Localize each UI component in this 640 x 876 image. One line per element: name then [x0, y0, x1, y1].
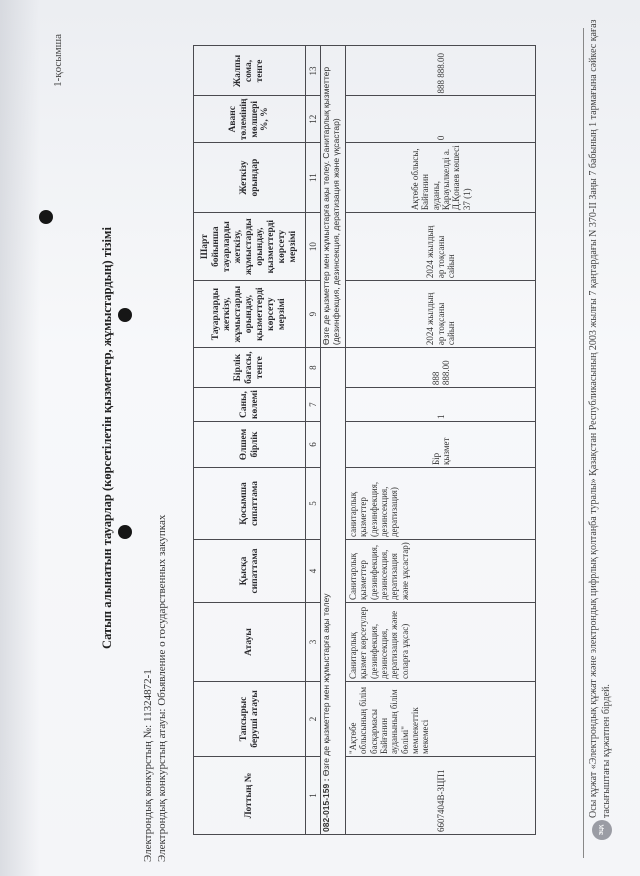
- header-name: Атауы: [194, 603, 306, 682]
- cell-customer: "Ақтөбе облысының білім басқармасы Байға…: [346, 682, 536, 757]
- cell-lot-number: 6607404В-ЗЦП1: [346, 757, 536, 835]
- cell-delivery-term: 2024 жылдың әр тоқсаны сайын: [346, 281, 536, 348]
- cell-quantity: 1: [346, 388, 536, 422]
- header-delivery-term: Тауарларды жеткізу, жұмыстарды орындау, …: [194, 281, 306, 348]
- cell-total: 888 888.00: [346, 46, 536, 96]
- cell-name: Санитарлық қызмет көрсетулер (дезинфекци…: [346, 603, 536, 682]
- column-number: 6: [306, 422, 321, 468]
- column-number: 8: [306, 348, 321, 388]
- footer-legal-note: Осы құжат «Электрондық құжат және электр…: [588, 18, 613, 818]
- column-number: 13: [306, 46, 321, 96]
- column-number: 7: [306, 388, 321, 422]
- section-row: 082-015-159 : Өзге де қызметтер мен жұмы…: [321, 46, 346, 835]
- header-unit: Өлшем бірлік: [194, 422, 306, 468]
- section-cell: 082-015-159 : Өзге де қызметтер мен жұмы…: [321, 348, 346, 835]
- column-number: 10: [306, 213, 321, 281]
- digital-signature-logo-icon: ЭЦҚ: [592, 820, 612, 840]
- column-number: 12: [306, 96, 321, 143]
- column-number: 9: [306, 281, 321, 348]
- document-page: 1-қосымша Сатып алынатын тауарлар (көрсе…: [0, 0, 640, 876]
- header-short-description: Қысқа сипаттама: [194, 540, 306, 603]
- cell-delivery-place: Ақтөбе облысы, Байғанин ауданы, Қарауылк…: [346, 143, 536, 213]
- document-title: Сатып алынатын тауарлар (көрсетілетін қы…: [100, 0, 115, 876]
- column-number: 1: [306, 757, 321, 835]
- header-quantity: Саны, көлемі: [194, 388, 306, 422]
- header-delivery-place: Жеткізу орындар: [194, 143, 306, 213]
- cell-contract-term: 2024 жылдың әр тоқсаны сайын: [346, 213, 536, 281]
- cell-additional-description: санитарлық қызметтер (дезинфекция, дезин…: [346, 468, 536, 540]
- contest-name: Электрондық конкурстың атауы: Объявление…: [156, 515, 168, 862]
- header-additional-description: Қосымша сипаттама: [194, 468, 306, 540]
- column-number: 4: [306, 540, 321, 603]
- annex-label: 1-қосымша: [52, 34, 64, 87]
- procurement-table: Лоттың № Тапсырыс беруші атауы Атауы Қыс…: [193, 45, 536, 835]
- punch-hole: [39, 210, 53, 224]
- cell-short-description: Санитарлық қызметтер (дезинфекция, дезин…: [346, 540, 536, 603]
- header-customer: Тапсырыс беруші атауы: [194, 682, 306, 757]
- header-total: Жалпы сома, тенге: [194, 46, 306, 96]
- scan-shadow: [0, 0, 40, 876]
- section-description: Өзге де қызметтер мен жұмыстарға ақы төл…: [321, 594, 331, 777]
- header-unit-price: Бірлік бағасы, тенге: [194, 348, 306, 388]
- column-number: 5: [306, 468, 321, 540]
- footer-divider: [583, 28, 584, 858]
- cell-unit: Бір қызмет: [346, 422, 536, 468]
- punch-hole: [118, 525, 132, 539]
- punch-hole: [118, 308, 132, 322]
- column-number: 3: [306, 603, 321, 682]
- column-number: 2: [306, 682, 321, 757]
- column-number-row: 1 2 3 4 5 6 7 8 9 10 11 12 13: [306, 46, 321, 835]
- table-row: 6607404В-ЗЦП1 "Ақтөбе облысының білім ба…: [346, 46, 536, 835]
- header-lot-number: Лоттың №: [194, 757, 306, 835]
- cell-advance-percent: 0: [346, 96, 536, 143]
- cell-unit-price: 888 888.00: [346, 348, 536, 388]
- header-advance-percent: Аванс төлемінің мөлшері %, %: [194, 96, 306, 143]
- section-right-description: Өзге де қызметтер мен жұмыстарға ақы төл…: [321, 46, 346, 348]
- header-row: Лоттың № Тапсырыс беруші атауы Атауы Қыс…: [194, 46, 306, 835]
- column-number: 11: [306, 143, 321, 213]
- section-code: 082-015-159 :: [321, 779, 331, 832]
- header-contract-term: Шарт бойынша тауарларды жеткізу, жұмыста…: [194, 213, 306, 281]
- contest-number: Электрондық конкурстың №: 11324872-1: [142, 669, 154, 862]
